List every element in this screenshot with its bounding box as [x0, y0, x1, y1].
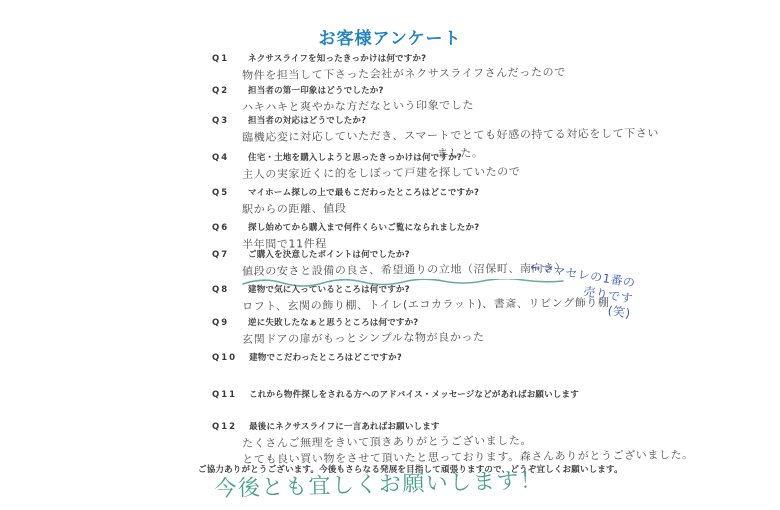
question-number: Q2 — [212, 86, 236, 96]
question-number: Q7 — [212, 250, 236, 260]
question-head: Q6 探し始めてから購入まで何件くらいご覧になられましたか? — [212, 221, 778, 233]
handwritten-answer: 駅からの距離、値段 — [242, 196, 778, 218]
question-block-q5: Q5 マイホーム探しの上で最もこだわったところはどこですか? 駅からの距離、値段 — [212, 186, 778, 218]
question-block-q2: Q2 担当者の第一印象はどうでしたか? ハキハキと爽やかな方だなという印象でした — [212, 84, 778, 116]
question-number: Q1 — [212, 54, 236, 64]
question-text: 建物でこだわったところはどこですか? — [249, 351, 402, 363]
question-head: Q7 ご購入を決意したポイントは何でしたか? — [212, 248, 778, 260]
question-head: Q10 建物でこだわったところはどこですか? — [212, 351, 778, 363]
question-head: Q8 建物で気に入っているところは何ですか? — [212, 283, 778, 295]
question-text: マイホーム探しの上で最もこだわったところはどこですか? — [248, 186, 479, 198]
question-head: Q3 担当者の対応はどうでしたか? — [212, 114, 778, 126]
question-block-q12: Q12 最後にネクサスライフに一言あればお願いします たくさんご無理をきいて頂き… — [212, 420, 778, 468]
question-number: Q12 — [212, 422, 237, 432]
question-text: 逆に失敗したなぁと思うところは何ですか? — [248, 316, 418, 328]
page-title: お客様アンケート — [0, 24, 780, 49]
survey-scan-page: お客様アンケート Q1 ネクサスライフを知ったきっかけは何ですか? 物件を担当し… — [0, 0, 780, 510]
question-text: これから物件探しをされる方へのアドバイス・メッセージなどがあればお願いします — [249, 388, 579, 400]
question-text: 建物で気に入っているところは何ですか? — [248, 283, 410, 295]
question-block-q8: Q8 建物で気に入っているところは何ですか? ロフト、玄関の飾り棚、トイレ(エコ… — [212, 283, 778, 315]
handwritten-answer: 玄関ドアの扉がもっとシンプルな物が良かった — [242, 326, 778, 348]
question-head: Q5 マイホーム探しの上で最もこだわったところはどこですか? — [212, 186, 778, 198]
question-number: Q9 — [212, 318, 236, 328]
question-head: Q11 これから物件探しをされる方へのアドバイス・メッセージなどがあればお願いし… — [212, 388, 778, 400]
question-head: Q9 逆に失敗したなぁと思うところは何ですか? — [212, 316, 778, 328]
question-number: Q11 — [212, 390, 237, 400]
handwritten-answer: ハキハキと爽やかな方だなという印象でした — [242, 94, 778, 116]
question-text: 担当者の対応はどうでしたか? — [248, 114, 366, 126]
question-text: 住宅・土地を購入しようと思ったきっかけは何ですか? — [248, 151, 462, 163]
handwritten-answer: 物件を担当して下さった会社がネクサスライフさんだったので — [242, 62, 778, 84]
question-head: Q12 最後にネクサスライフに一言あればお願いします — [212, 420, 778, 432]
question-text: 探し始めてから購入まで何件くらいご覧になられましたか? — [248, 221, 479, 233]
question-block-q4: Q4 住宅・土地を購入しようと思ったきっかけは何ですか? 主人の実家近くに的をし… — [212, 151, 778, 183]
question-text: 担当者の第一印象はどうでしたか? — [248, 84, 384, 96]
question-number: Q8 — [212, 285, 236, 295]
question-text: ネクサスライフを知ったきっかけは何ですか? — [248, 52, 426, 64]
question-block-q9: Q9 逆に失敗したなぁと思うところは何ですか? 玄関ドアの扉がもっとシンプルな物… — [212, 316, 778, 348]
question-block-q11: Q11 これから物件探しをされる方へのアドバイス・メッセージなどがあればお願いし… — [212, 388, 778, 400]
question-block-q10: Q10 建物でこだわったところはどこですか? — [212, 351, 778, 363]
question-text: ご購入を決意したポイントは何でしたか? — [248, 248, 410, 260]
question-number: Q4 — [212, 153, 236, 163]
question-head: Q1 ネクサスライフを知ったきっかけは何ですか? — [212, 52, 778, 64]
handwritten-answer: 主人の実家近くに的をしぼって戸建を探していたので — [242, 161, 778, 183]
question-head: Q2 担当者の第一印象はどうでしたか? — [212, 84, 778, 96]
handwritten-answer: ロフト、玄関の飾り棚、トイレ(エコカラット)、書斎、リビング飾り棚 — [242, 293, 778, 315]
question-block-q1: Q1 ネクサスライフを知ったきっかけは何ですか? 物件を担当して下さった会社がネ… — [212, 52, 778, 84]
question-number: Q10 — [212, 353, 237, 363]
question-number: Q6 — [212, 223, 236, 233]
question-number: Q5 — [212, 188, 236, 198]
question-number: Q3 — [212, 116, 236, 126]
question-head: Q4 住宅・土地を購入しようと思ったきっかけは何ですか? — [212, 151, 778, 163]
question-text: 最後にネクサスライフに一言あればお願いします — [249, 420, 440, 432]
